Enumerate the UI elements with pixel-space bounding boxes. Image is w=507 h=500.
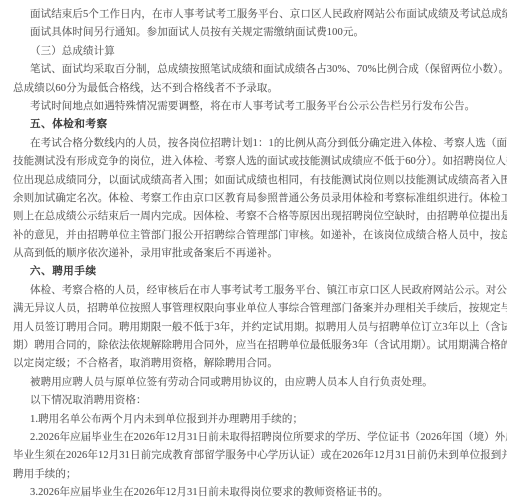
text-line: 总成绩以60分为最低合格线，达不到合格线者不予录取。 — [13, 80, 494, 98]
section-heading-employment-procedure: 六、聘用手续 — [13, 263, 494, 281]
text-line: 余则加试确定名次。体检、考察工作由京口区教育局参照普通公务员录用体检和考察标准组… — [13, 190, 494, 208]
text-line: 技能测试没有形成竞争的岗位，进入体检、考察人选的面试或技能测试成绩应不低于60分… — [13, 153, 494, 171]
document-page: 面试结束后5个工作日内，在市人事考试考工服务平台、京口区人民政府网站公布面试成绩… — [0, 0, 507, 500]
text-line: 考试时间地点如遇特殊情况需要调整，将在市人事考试考工服务平台公示公告栏另行发布公… — [13, 98, 494, 116]
text-line: 聘用手续的； — [13, 466, 494, 484]
text-line: 被聘用应聘人员与原单位签有劳动合同或聘用协议的，由应聘人员本人自行负责处理。 — [13, 374, 494, 392]
text-line: 从高到低的顺序依次递补，录用审批或备案后不再递补。 — [13, 245, 494, 263]
text-line: 毕业生须在2026年12月31日前完成教育部留学服务中心学历认证）或在2026年… — [13, 447, 494, 465]
text-line: 期）聘用合同的，除依法依规解除聘用合同外，应当在招聘单位最低服务3年（含试用期）… — [13, 337, 494, 355]
section-heading-physical-exam: 五、体检和考察 — [13, 116, 494, 134]
text-line: 体检、考察合格的人员，经审核后在市人事考试考工服务平台、镇江市京口区人民政府网站… — [13, 282, 494, 300]
text-line: 笔试、面试均采取百分制，总成绩按照笔试成绩和面试成绩各占30%、70%比例合成（… — [13, 61, 494, 79]
text-line: 用人员签订聘用合同。聘用期限一般不低于3年，并约定试用期。拟聘用人员与招聘单位订… — [13, 319, 494, 337]
list-item-3: 3.2026年应届毕业生在2026年12月31日前未取得岗位要求的教师资格证书的… — [13, 484, 494, 500]
text-line: 补的意见，并由招聘单位主管部门报公开招聘综合管理部门审核。如递补，在该岗位成绩合… — [13, 227, 494, 245]
text-line: 满无异议人员，招聘单位按照人事管理权限向事业单位人事综合管理部门备案并办理相关手… — [13, 300, 494, 318]
text-line: 面试结束后5个工作日内，在市人事考试考工服务平台、京口区人民政府网站公布面试成绩… — [13, 6, 494, 24]
text-line: 以下情况取消聘用资格： — [13, 392, 494, 410]
text-line: 在考试合格分数线内的人员，按各岗位招聘计划1：1的比例从高分到低分确定进入体检、… — [13, 135, 494, 153]
list-item-2: 2.2026年应届毕业生在2026年12月31日前未取得招聘岗位所要求的学历、学… — [13, 429, 494, 447]
text-line: 面试具体时间另行通知。参加面试人员按有关规定需缴纳面试费100元。 — [13, 24, 494, 42]
text-line: 以定岗定级；不合格者，取消聘用资格，解除聘用合同。 — [13, 355, 494, 373]
text-line: 位出现总成绩同分，以面试成绩高者入围；如面试成绩也相同，有技能测试岗位则以技能测… — [13, 172, 494, 190]
subsection-heading-total-score: （三）总成绩计算 — [13, 43, 494, 61]
list-item-1: 1.聘用名单公布两个月内未到单位报到并办理聘用手续的； — [13, 411, 494, 429]
text-line: 则上在总成绩公示结束后一周内完成。因体检、考察不合格等原因出现招聘岗位空缺时，由… — [13, 208, 494, 226]
